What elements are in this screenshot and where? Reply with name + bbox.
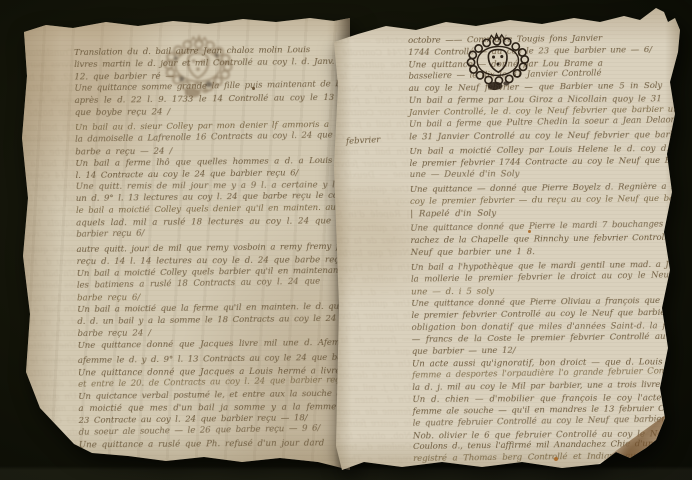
left-page-paper: Translation du d. bail autre Jean chaloz…: [18, 10, 350, 472]
handwritten-line: la damoiselle a Lafrenolle 16 Contracts …: [0, 134, 75, 147]
handwritten-line: obligation bon donatif que miles d'année…: [412, 321, 688, 335]
handwritten-line: Un bail a ferme par Lou Giroz a Nicollai…: [409, 94, 685, 108]
handwritten-line: du soeur ale souche — le 26 que barbe re…: [0, 427, 77, 440]
handwritten-line: registré a Thomas berg Controllé et Indi…: [413, 451, 689, 466]
handwritten-line: barbe a reçu — 24 /: [75, 145, 351, 159]
handwritten-line: et entre le 20. de Contracts au coy l. 2…: [0, 379, 77, 392]
photo-dark-background: Translation du d. bail autre Jean chaloz…: [0, 0, 692, 480]
right-page-handwriting: octobre —— Commalée Tougis fons Janvier1…: [408, 33, 689, 464]
stamp-bleedthrough-mark: [147, 32, 249, 103]
handwritten-line: barbe reçu 6/: [77, 291, 353, 305]
handwritten-line: Une quittance a ruslé que Ph. refusé d'u…: [0, 440, 78, 455]
ink-speck: [252, 87, 255, 90]
handwritten-line: Neuf que barbier une 1 8.: [411, 246, 687, 260]
manuscript-right-page: octobre —— Commalée Tougis fons Janvier1…: [334, 6, 686, 474]
handwritten-line: Un d. chien — d'mobilier que françois le…: [412, 393, 688, 407]
left-page-handwriting: Translation du d. bail autre Jean chaloz…: [74, 45, 355, 462]
right-page-paper: octobre —— Commalée Tougis fons Janvier1…: [334, 6, 686, 474]
margin-note-febvrier: febvrier: [346, 135, 381, 147]
handwritten-line: les batimens a ruslé 18 Contracts au coy…: [0, 281, 76, 294]
handwritten-line: a moictié que mes d'un bail ja somme y a…: [78, 402, 354, 416]
handwritten-line: que boybe reçu 24 /: [75, 106, 351, 120]
handwritten-line: le 31 Janvier Controllé au coy le Neuf f…: [409, 130, 685, 144]
handwritten-line: une — d. i 5 soly: [411, 285, 687, 299]
handwritten-line: reçu d. 14 l. 14 lectures au coy le d. 2…: [77, 255, 353, 269]
handwritten-line: Une quittance donné que Jacques livre mi…: [0, 341, 77, 355]
rust-speck: [554, 457, 558, 461]
handwritten-line: barbe reçu 24 /: [77, 327, 353, 341]
handwritten-line: Une quittance somme grande la fille puis…: [0, 84, 74, 97]
handwritten-line: Une quittance a ruslé que Ph. refusé d'u…: [79, 438, 355, 452]
handwritten-line: que boybe reçu 24 /: [0, 108, 75, 124]
manuscript-left-page: Translation du d. bail autre Jean chaloz…: [18, 10, 350, 472]
handwritten-line: barbier reçu 6/: [0, 230, 76, 243]
rust-speck: [528, 230, 531, 233]
handwritten-line: une — Deuxlé d'in Soly: [410, 169, 686, 183]
left-page-ink-bleedthrough: Translation du d. bail autre Jean chaloz…: [0, 48, 78, 464]
fiscal-stamp-icon: [460, 30, 535, 96]
